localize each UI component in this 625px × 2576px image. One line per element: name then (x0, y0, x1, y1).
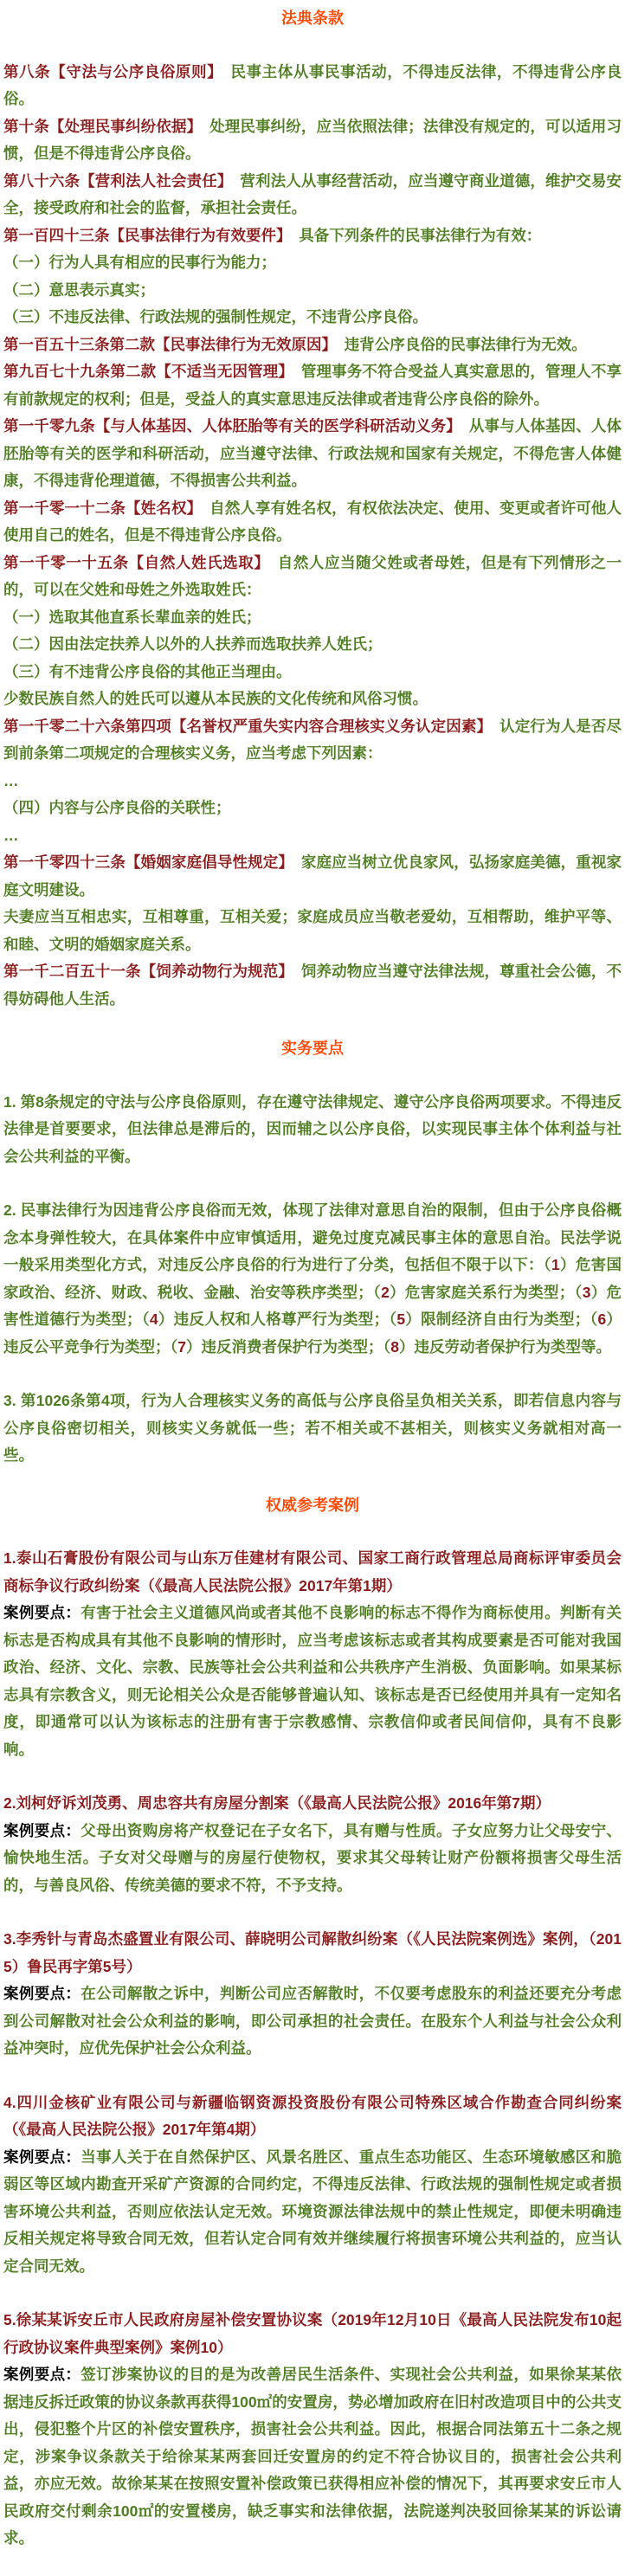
case-points-label: 案例要点： (3, 2366, 81, 2383)
practice-point-1: 1. 第8条规定的守法与公序良俗原则，存在遵守法律规定、遵守公序良俗两项要求。不… (3, 1089, 622, 1171)
body-text: ）违反消费者保护行为类型；（ (186, 1338, 390, 1356)
article-label: 第一百四十三条【民事法律行为有效要件】 (3, 227, 284, 244)
case-2-title: 2.刘柯妤诉刘茂勇、周忠容共有房屋分割案（《最高人民法院公报》2016年第7期） (3, 1790, 622, 1818)
case-3-title: 3.李秀针与青岛杰盛置业有限公司、薛晓明公司解散纠纷案（《人民法院案例选》案例，… (3, 1926, 622, 1980)
enumeration-number: 6 (598, 1311, 607, 1328)
section-heading-reference-cases: 权威参考案例 (3, 1492, 622, 1520)
case-points-label: 案例要点： (3, 1985, 81, 2002)
article-1015: 第一千零一十五条【自然人姓氏选取】 自然人应当随父姓或者母姓，但是有下列情形之一… (3, 550, 622, 604)
body-text: （一）选取其他直系长辈血亲的姓氏； (3, 609, 261, 626)
section-body-code-provisions: 第八条【守法与公序良俗原则】 民事主体从事民事活动，不得违反法律，不得违背公序良… (3, 59, 622, 1014)
article-label: 第一千二百五十一条【饲养动物行为规范】 (3, 963, 286, 980)
case-5-title: 5.徐某某诉安丘市人民政府房屋补偿安置协议案（2019年12月10日《最高人民法… (3, 2307, 622, 2361)
article-label: 第一百五十三条第二款【民事法律行为无效原因】 (3, 336, 329, 353)
body-text: （四）内容与公序良俗的关联性； (3, 799, 231, 816)
article-1009: 第一千零九条【与人体基因、人体胚胎等有关的医学科研活动义务】 从事与人体基因、人… (3, 413, 622, 495)
article-979-2: 第九百七十九条第二款【不适当无因管理】 管理事务不符合受益人真实意思的，管理人不… (3, 358, 622, 413)
body-text: （二）意思表示真实； (3, 281, 155, 299)
section-reference-cases: 权威参考案例 1.泰山石膏股份有限公司与山东万佳建材有限公司、国家工商行政管理总… (3, 1492, 622, 2553)
body-text: ）限制经济自由行为类型；（ (405, 1311, 597, 1328)
article-label: 第一千零四十三条【婚姻家庭倡导性规定】 (3, 853, 286, 871)
case-3-points: 案例要点：在公司解散之诉中，判断公司应否解散时，不仅要考虑股东的利益还要充分考虑… (3, 1980, 622, 2063)
section-practice-points: 实务要点 1. 第8条规定的守法与公序良俗原则，存在遵守法律规定、遵守公序良俗两… (3, 1035, 622, 1470)
case-title: 5.徐某某诉安丘市人民政府房屋补偿安置协议案（2019年12月10日《最高人民法… (3, 2311, 622, 2356)
article-label: 第十条【处理民事纠纷依据】 (3, 118, 194, 135)
body-text: 父母出资购房将产权登记在子女名下，具有赠与性质。子女应努力让父母安宁、愉快地生活… (3, 1822, 622, 1894)
body-text: ）危害家庭关系行为类型；（ (390, 1284, 583, 1301)
article-label: 第一千零九条【与人体基因、人体胚胎等有关的医学科研活动义务】 (3, 417, 454, 435)
body-text: 签订涉案协议的目的是为改善居民生活条件、实现社会公共利益，如果徐某某依据违反拆迁… (3, 2366, 622, 2547)
body-text: … (3, 772, 19, 789)
body-text: 夫妻应当互相忠实，互相尊重，互相关爱；家庭成员应当敬老爱幼，互相帮助，维护平等、… (3, 908, 622, 953)
enumeration-number: 4 (150, 1311, 158, 1328)
article-label: 第八十六条【营利法人社会责任】 (3, 172, 225, 190)
body-text: （一）行为人具有相应的民事行为能力； (3, 254, 276, 271)
section-heading-practice-points: 实务要点 (3, 1035, 622, 1063)
body-text: 在公司解散之诉中，判断公司应否解散时，不仅要考虑股东的利益还要充分考虑到公司解散… (3, 1985, 622, 2057)
ellipsis-2: … (3, 822, 622, 850)
article-label: 第八条【守法与公序良俗原则】 (3, 63, 215, 80)
article-10: 第十条【处理民事纠纷依据】 处理民事纠纷，应当依照法律；法律没有规定的，可以适用… (3, 113, 622, 168)
enumeration-number: 2 (381, 1284, 390, 1301)
case-points-label: 案例要点： (3, 1604, 81, 1621)
article-1043: 第一千零四十三条【婚姻家庭倡导性规定】 家庭应当树立优良家风，弘扬家庭美德，重视… (3, 849, 622, 904)
body-text: 违背公序良俗的民事法律行为无效。 (329, 336, 587, 353)
enumeration-number: 1 (551, 1256, 560, 1273)
article-143-item-1: （一）行为人具有相应的民事行为能力； (3, 249, 622, 277)
body-text: 具备下列条件的民事法律行为有效： (284, 227, 542, 244)
case-title: 2.刘柯妤诉刘茂勇、周忠容共有房屋分割案（《最高人民法院公报》2016年第7期） (3, 1794, 551, 1812)
case-5-points: 案例要点：签订涉案协议的目的是为改善居民生活条件、实现社会公共利益，如果徐某某依… (3, 2361, 622, 2553)
case-2-points: 案例要点：父母出资购房将产权登记在子女名下，具有赠与性质。子女应努力让父母安宁、… (3, 1818, 622, 1900)
article-143-item-3: （三）不违反法律、行政法规的强制性规定，不违背公序良俗。 (3, 304, 622, 332)
case-1-points: 案例要点：有害于社会主义道德风尚或者其他不良影响的标志不得作为商标使用。判断有关… (3, 1600, 622, 1763)
case-1-title: 1.泰山石膏股份有限公司与山东万佳建材有限公司、国家工商行政管理总局商标评审委员… (3, 1545, 622, 1600)
article-1015-item-3: （三）有不违背公序良俗的其他正当理由。 (3, 659, 622, 686)
article-1251: 第一千二百五十一条【饲养动物行为规范】 饲养动物应当遵守法律法规，尊重社会公德，… (3, 958, 622, 1013)
body-text: ）违反人权和人格尊严行为类型；（ (158, 1311, 397, 1328)
article-label: 第一千零二十六条第四项【名誉权严重失实内容合理核实义务认定因素】 (3, 718, 484, 735)
case-title: 4.四川金核矿业有限公司与新疆临钢资源投资股份有限公司特殊区域合作勘查合同纠纷案… (3, 2094, 622, 2139)
article-143-item-2: （二）意思表示真实； (3, 277, 622, 305)
body-text: 当事人关于在自然保护区、风景名胜区、重点生态功能区、生态环境敏感区和脆弱区等区域… (3, 2148, 622, 2275)
body-text: … (3, 827, 19, 844)
article-1015-para-2: 少数民族自然人的姓氏可以遵从本民族的文化传统和风俗习惯。 (3, 686, 622, 713)
section-heading-code-provisions: 法典条款 (3, 5, 622, 33)
article-1015-item-1: （一）选取其他直系长辈血亲的姓氏； (3, 604, 622, 632)
article-1026-4: 第一千零二十六条第四项【名誉权严重失实内容合理核实义务认定因素】 认定行为人是否… (3, 713, 622, 768)
page: { "colors":{ "section_heading":"#FF4500"… (0, 0, 625, 2576)
section-code-provisions: 法典条款 第八条【守法与公序良俗原则】 民事主体从事民事活动，不得违反法律，不得… (3, 5, 622, 1013)
case-title: 1.泰山石膏股份有限公司与山东万佳建材有限公司、国家工商行政管理总局商标评审委员… (3, 1549, 622, 1594)
body-text: 1. 第8条规定的守法与公序良俗原则，存在遵守法律规定、遵守公序良俗两项要求。不… (3, 1093, 622, 1165)
body-text: ）违反劳动者保护行为类型等。 (399, 1338, 611, 1356)
enumeration-number: 8 (390, 1338, 399, 1356)
article-1015-item-2: （二）因由法定扶养人以外的人扶养而选取扶养人姓氏； (3, 631, 622, 659)
article-86: 第八十六条【营利法人社会责任】 营利法人从事经营活动，应当遵守商业道德，维护交易… (3, 168, 622, 222)
body-text: 少数民族自然人的姓氏可以遵从本民族的文化传统和风俗习惯。 (3, 690, 428, 707)
case-4-points: 案例要点：当事人关于在自然保护区、风景名胜区、重点生态功能区、生态环境敏感区和脆… (3, 2144, 622, 2281)
article-153-2: 第一百五十三条第二款【民事法律行为无效原因】 违背公序良俗的民事法律行为无效。 (3, 332, 622, 359)
case-4-title: 4.四川金核矿业有限公司与新疆临钢资源投资股份有限公司特殊区域合作勘查合同纠纷案… (3, 2090, 622, 2144)
enumeration-number: 3 (583, 1284, 591, 1301)
body-text: （三）不违反法律、行政法规的强制性规定，不违背公序良俗。 (3, 308, 428, 325)
body-text: （三）有不违背公序良俗的其他正当理由。 (3, 663, 292, 680)
article-1026-item-4: （四）内容与公序良俗的关联性； (3, 795, 622, 822)
case-title: 3.李秀针与青岛杰盛置业有限公司、薛晓明公司解散纠纷案（《人民法院案例选》案例，… (3, 1930, 622, 1975)
ellipsis-1: … (3, 768, 622, 795)
article-8: 第八条【守法与公序良俗原则】 民事主体从事民事活动，不得违反法律，不得违背公序良… (3, 59, 622, 113)
article-label: 第一千零一十二条【姓名权】 (3, 499, 194, 517)
article-label: 第一千零一十五条【自然人姓氏选取】 (3, 554, 262, 571)
article-label: 第九百七十九条第二款【不适当无因管理】 (3, 363, 286, 380)
body-text: 有害于社会主义道德风尚或者其他不良影响的标志不得作为商标使用。判断有关标志是否构… (3, 1604, 622, 1758)
body-text: 3. 第1026条第4项，行为人合理核实义务的高低与公序良俗呈负相关关系，即若信… (3, 1392, 622, 1464)
enumeration-number: 5 (396, 1311, 405, 1328)
body-text: 2. 民事法律行为因违背公序良俗而无效，体现了法律对意思自治的限制，但由于公序良… (3, 1201, 622, 1273)
body-text: （二）因由法定扶养人以外的人扶养而选取扶养人姓氏； (3, 635, 383, 653)
practice-point-3: 3. 第1026条第4项，行为人合理核实义务的高低与公序良俗呈负相关关系，即若信… (3, 1388, 622, 1470)
practice-point-2: 2. 民事法律行为因违背公序良俗而无效，体现了法律对意思自治的限制，但由于公序良… (3, 1197, 622, 1361)
legal-document: 法典条款 第八条【守法与公序良俗原则】 民事主体从事民事活动，不得违反法律，不得… (0, 0, 625, 2568)
section-body-reference-cases: 1.泰山石膏股份有限公司与山东万佳建材有限公司、国家工商行政管理总局商标评审委员… (3, 1545, 622, 2553)
enumeration-number: 7 (177, 1338, 186, 1356)
case-points-label: 案例要点： (3, 1822, 81, 1839)
case-points-label: 案例要点： (3, 2148, 81, 2166)
article-1012: 第一千零一十二条【姓名权】 自然人享有姓名权，有权依法决定、使用、变更或者许可他… (3, 495, 622, 550)
article-1043-para-2: 夫妻应当互相忠实，互相尊重，互相关爱；家庭成员应当敬老爱幼，互相帮助，维护平等、… (3, 904, 622, 958)
article-143: 第一百四十三条【民事法律行为有效要件】 具备下列条件的民事法律行为有效： (3, 222, 622, 250)
section-body-practice-points: 1. 第8条规定的守法与公序良俗原则，存在遵守法律规定、遵守公序良俗两项要求。不… (3, 1089, 622, 1470)
